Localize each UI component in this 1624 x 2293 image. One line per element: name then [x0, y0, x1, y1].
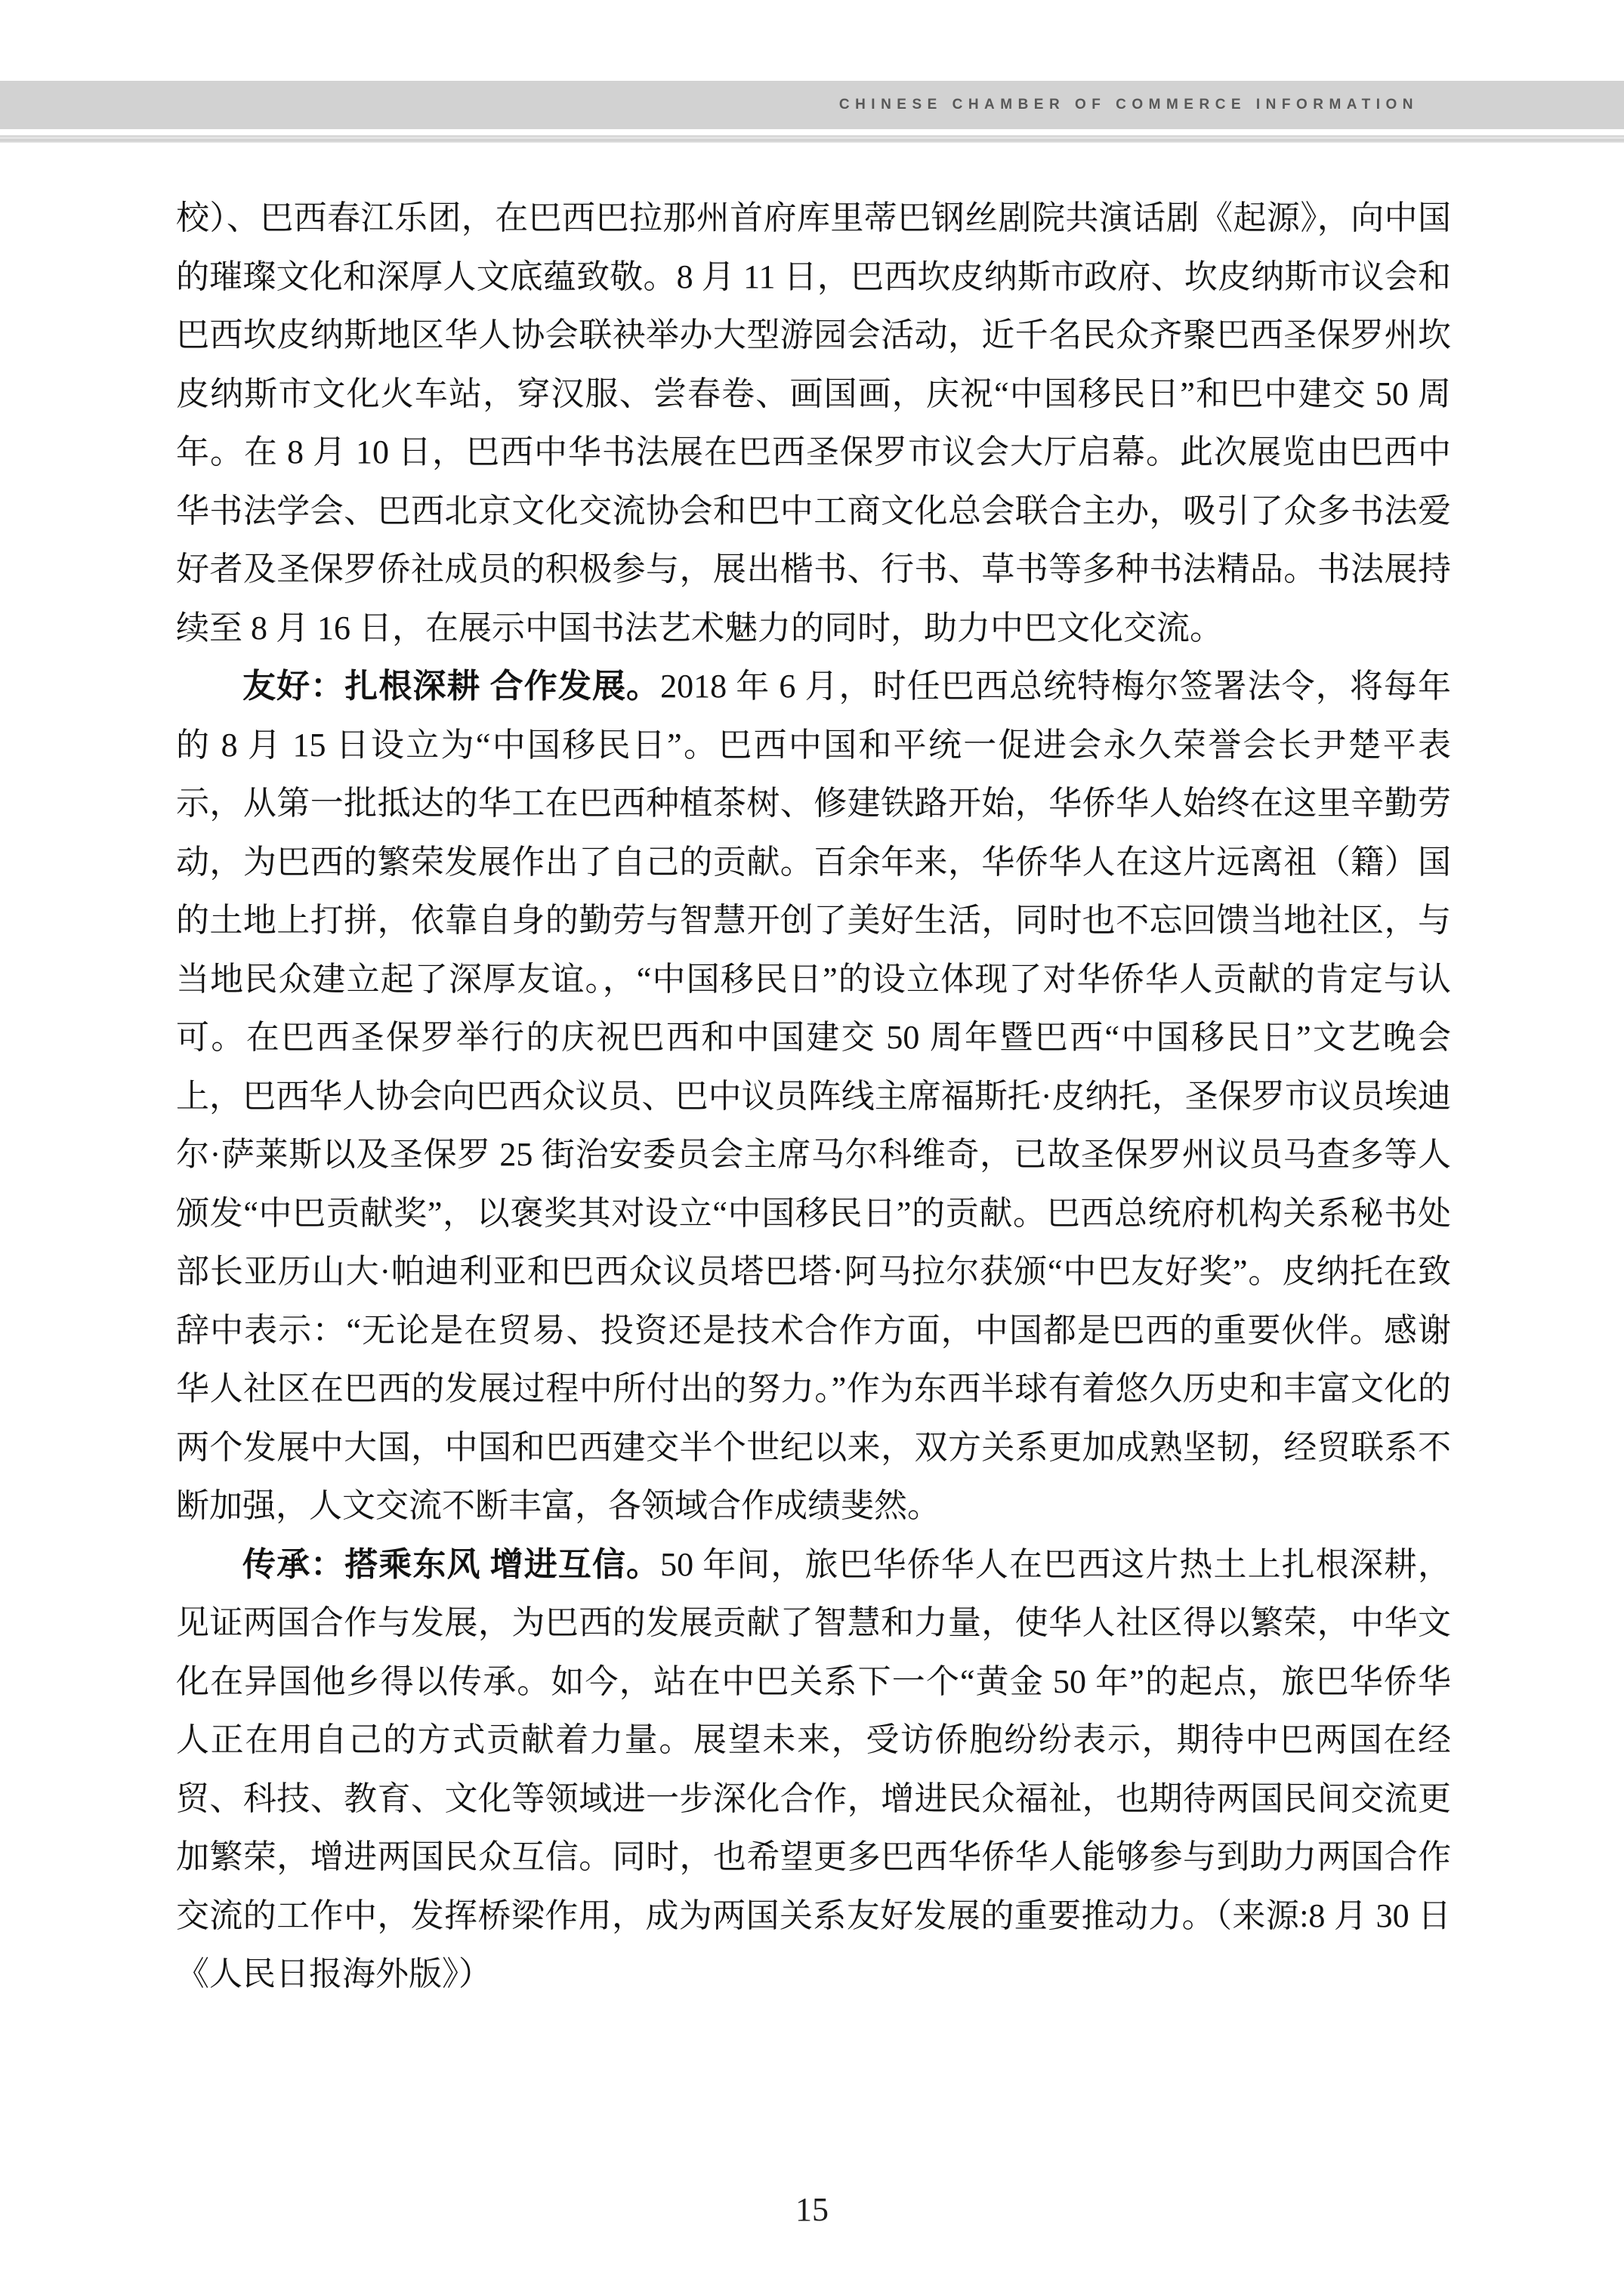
- paragraph-3-text: 50 年间，旅巴华侨华人在巴西这片热土上扎根深耕，见证两国合作与发展，为巴西的发…: [176, 1546, 1451, 1993]
- paragraph-heritage: 传承：搭乘东风 增进互信。50 年间，旅巴华侨华人在巴西这片热土上扎根深耕，见证…: [176, 1535, 1451, 2004]
- document-body: 校）、巴西春江乐团，在巴西巴拉那州首府库里蒂巴钢丝剧院共演话剧《起源》，向中国的…: [176, 189, 1451, 2004]
- page-number: 15: [0, 2190, 1624, 2229]
- header-banner: CHINESE CHAMBER OF COMMERCE INFORMATION: [0, 81, 1624, 129]
- paragraph-1-text: 校）、巴西春江乐团，在巴西巴拉那州首府库里蒂巴钢丝剧院共演话剧《起源》，向中国的…: [176, 199, 1451, 647]
- paragraph-culture-events: 校）、巴西春江乐团，在巴西巴拉那州首府库里蒂巴钢丝剧院共演话剧《起源》，向中国的…: [176, 189, 1451, 657]
- header-separator-band: [0, 135, 1624, 143]
- document-page: CHINESE CHAMBER OF COMMERCE INFORMATION …: [0, 0, 1624, 2293]
- paragraph-3-lead: 传承：搭乘东风 增进互信。: [242, 1546, 660, 1583]
- header-banner-title: CHINESE CHAMBER OF COMMERCE INFORMATION: [839, 97, 1419, 113]
- paragraph-friendship: 友好：扎根深耕 合作发展。2018 年 6 月，时任巴西总统特梅尔签署法令，将每…: [176, 657, 1451, 1535]
- paragraph-2-text: 2018 年 6 月，时任巴西总统特梅尔签署法令，将每年的 8 月 15 日设立…: [176, 668, 1451, 1524]
- paragraph-2-lead: 友好：扎根深耕 合作发展。: [242, 668, 660, 705]
